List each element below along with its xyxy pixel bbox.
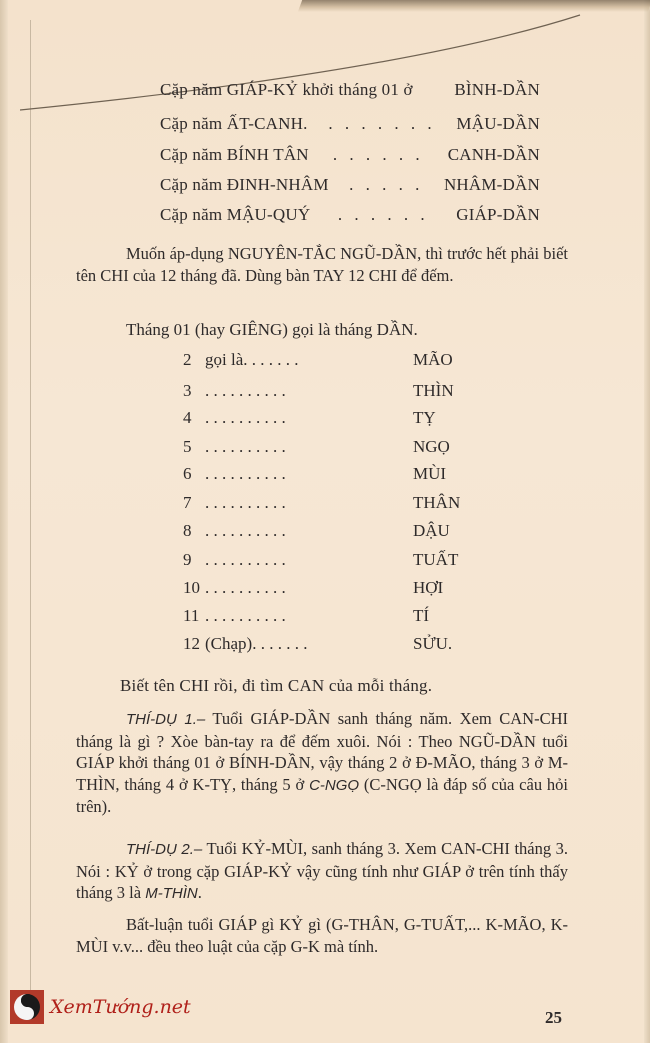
month-row: 9 . . . . . . . . . . TUẤT: [183, 550, 473, 570]
pair-left: Cặp năm ẤT-CANH.: [160, 114, 308, 134]
leader-dots: . . . . . . . . . .: [205, 381, 413, 401]
month-number: 2: [183, 350, 205, 370]
month-row: 11 . . . . . . . . . . TÍ: [183, 606, 473, 626]
month-row: 6 . . . . . . . . . . MÙI: [183, 464, 473, 484]
page-number: 25: [545, 1008, 562, 1028]
leader-dots: . . . . . . . . . .: [205, 550, 413, 570]
pair-right: CANH-DẦN: [448, 145, 540, 165]
example-1-label: THÍ-DỤ 1.–: [126, 711, 205, 728]
logo-box: [10, 990, 44, 1024]
example-2-answer: M-THÌN: [145, 885, 198, 902]
know-chi-sentence: Biết tên CHI rồi, đi tìm CAN của mỗi thá…: [120, 676, 432, 696]
leader-dots: . . . . . . . . . .: [205, 408, 413, 428]
month-chi: SỬU.: [413, 634, 473, 654]
month-number: 5: [183, 437, 205, 457]
month-chi: MÙI: [413, 464, 473, 484]
yin-yang-icon: [14, 994, 40, 1020]
month-chi: TỴ: [413, 408, 473, 428]
pair-row: Cặp năm GIÁP-KỶ khởi tháng 01 ở BÌNH-DẦN: [160, 80, 540, 100]
fold-crease: [20, 10, 650, 120]
month-heading: Tháng 01 (hay GIÊNG) gọi là tháng DẦN.: [126, 320, 418, 340]
pair-right: BÌNH-DẦN: [454, 80, 540, 100]
leader-dots: . . . . . . . . . .: [205, 521, 413, 541]
leader-dots: . . . . . .: [333, 145, 424, 165]
page-left-edge: [0, 0, 8, 1043]
example-2-text-end: .: [198, 883, 202, 902]
leader-dots: . . . . . . .: [252, 634, 413, 654]
leader-dots: . . . . . . .: [243, 350, 413, 370]
month-chi: HỢI: [413, 578, 473, 598]
month-row: 2 gọi là . . . . . . . MÃO: [183, 350, 473, 370]
month-number: 9: [183, 550, 205, 570]
page-right-edge: [644, 0, 650, 1043]
month-label: gọi là: [205, 350, 243, 370]
pair-row: Cặp năm ẤT-CANH. . . . . . . . MẬU-DẦN: [160, 114, 540, 134]
month-number: 7: [183, 493, 205, 513]
month-row: 4 . . . . . . . . . . TỴ: [183, 408, 473, 428]
month-number: 12: [183, 634, 205, 654]
conclusion-paragraph: Bất-luận tuổi GIÁP gì KỶ gì (G-THÂN, G-T…: [76, 914, 568, 957]
example-1-answer: C-NGỌ: [309, 777, 359, 794]
example-2-label: THÍ-DỤ 2.–: [126, 841, 202, 858]
pair-left: Cặp năm BÍNH TÂN: [160, 145, 309, 165]
leader-dots: . . . . . . . . . .: [205, 578, 413, 598]
month-chi: NGỌ: [413, 437, 473, 457]
pair-right: NHÂM-DẦN: [444, 175, 540, 195]
month-row: 7 . . . . . . . . . . THÂN: [183, 493, 473, 513]
pair-left: Cặp năm MẬU-QUÝ: [160, 205, 310, 225]
intro-paragraph: Muốn áp-dụng NGUYÊN-TẮC NGŨ-DẦN, thì trư…: [76, 243, 568, 286]
pair-left: Cặp năm GIÁP-KỶ khởi tháng 01 ở: [160, 80, 413, 100]
pair-row: Cặp năm BÍNH TÂN . . . . . . CANH-DẦN: [160, 145, 540, 165]
month-chi: MÃO: [413, 350, 473, 370]
month-chi: THÂN: [413, 493, 473, 513]
leader-dots: . . . . . . . . . .: [205, 437, 413, 457]
month-number: 4: [183, 408, 205, 428]
month-row: 12 (Chạp) . . . . . . . SỬU.: [183, 634, 473, 654]
leader-dots: . . . . . . . . . .: [205, 464, 413, 484]
month-row: 10 . . . . . . . . . . HỢI: [183, 578, 473, 598]
book-page: Cặp năm GIÁP-KỶ khởi tháng 01 ở BÌNH-DẦN…: [0, 0, 650, 1043]
pair-right: MẬU-DẦN: [456, 114, 540, 134]
leader-dots: . . . . .: [349, 175, 423, 195]
pair-row: Cặp năm ĐINH-NHÂM . . . . . NHÂM-DẦN: [160, 175, 540, 195]
leader-dots: . . . . . .: [338, 205, 429, 225]
month-label: (Chạp): [205, 634, 252, 654]
month-row: 8 . . . . . . . . . . DẬU: [183, 521, 473, 541]
site-logo[interactable]: XemTướng.net: [10, 990, 191, 1024]
pair-row: Cặp năm MẬU-QUÝ . . . . . . GIÁP-DẦN: [160, 205, 540, 225]
margin-line: [30, 20, 31, 1020]
month-chi: DẬU: [413, 521, 473, 541]
logo-text: XemTướng.net: [50, 996, 191, 1018]
month-chi: THÌN: [413, 381, 473, 401]
example-1-paragraph: THÍ-DỤ 1.– Tuổi GIÁP-DẦN sanh tháng năm.…: [76, 708, 568, 818]
month-row: 5 . . . . . . . . . . NGỌ: [183, 437, 473, 457]
month-chi: TÍ: [413, 606, 473, 626]
leader-dots: . . . . . . .: [328, 114, 435, 134]
leader-dots: . . . . . . . . . .: [205, 493, 413, 513]
example-2-paragraph: THÍ-DỤ 2.– Tuổi KỶ-MÙI, sanh tháng 3. Xe…: [76, 838, 568, 905]
pair-right: GIÁP-DẦN: [456, 205, 540, 225]
month-row: 3 . . . . . . . . . . THÌN: [183, 381, 473, 401]
month-number: 10: [183, 578, 205, 598]
pair-left: Cặp năm ĐINH-NHÂM: [160, 175, 329, 195]
month-number: 3: [183, 381, 205, 401]
month-number: 6: [183, 464, 205, 484]
month-number: 11: [183, 606, 205, 626]
month-number: 8: [183, 521, 205, 541]
leader-dots: . . . . . . . . . .: [205, 606, 413, 626]
month-chi: TUẤT: [413, 550, 473, 570]
